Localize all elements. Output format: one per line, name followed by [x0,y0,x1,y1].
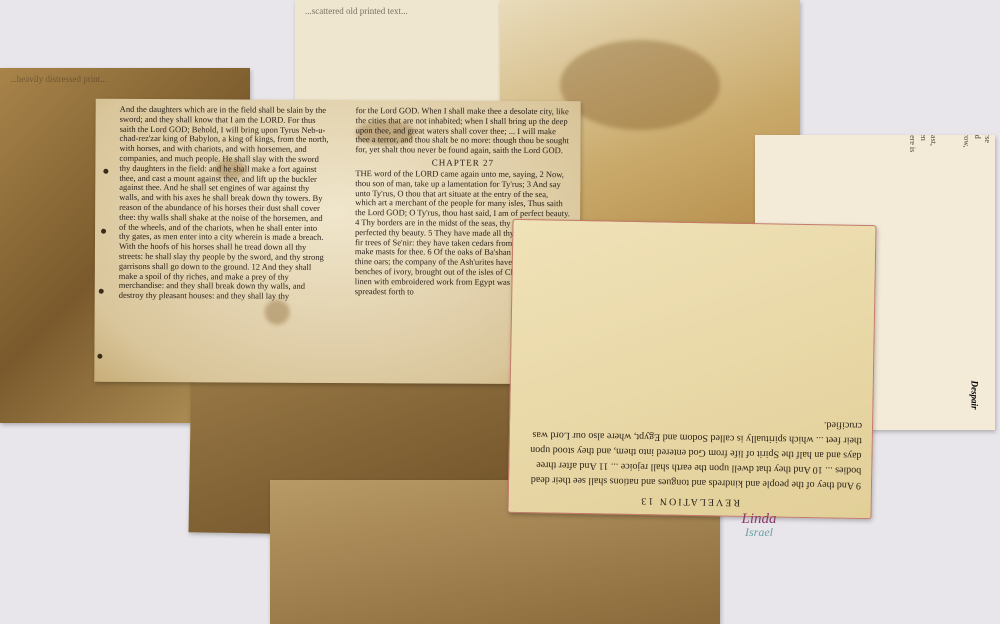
bible-right-top: for the Lord GOD. When I shall make thee… [345,100,580,158]
revelation-text: 9 And they of the people and kindreds an… [509,406,872,499]
bible-left-column: And the daughters which are in the field… [109,99,340,308]
bible-page: And the daughters which are in the field… [94,99,580,385]
revelation-card: REVELATION 13 9 And they of the people a… [507,219,876,519]
watermark-logo: Linda Israel [728,512,790,556]
top-center-page: ...scattered old printed text... [295,0,520,110]
watermark-line1: Linda [728,512,790,526]
top-center-text: ...scattered old printed text... [295,0,520,23]
encyclopedia-col2: unto Moses for anguish of spirit, and fo… [891,135,945,165]
encyclopedia-col1: thou also art one of them; for thy speec… [945,135,996,165]
left-dark-text: ...heavily distressed print... [0,68,250,91]
encyclopedia-corner-word: Despair [970,381,980,410]
watermark-line2: Israel [728,526,790,538]
